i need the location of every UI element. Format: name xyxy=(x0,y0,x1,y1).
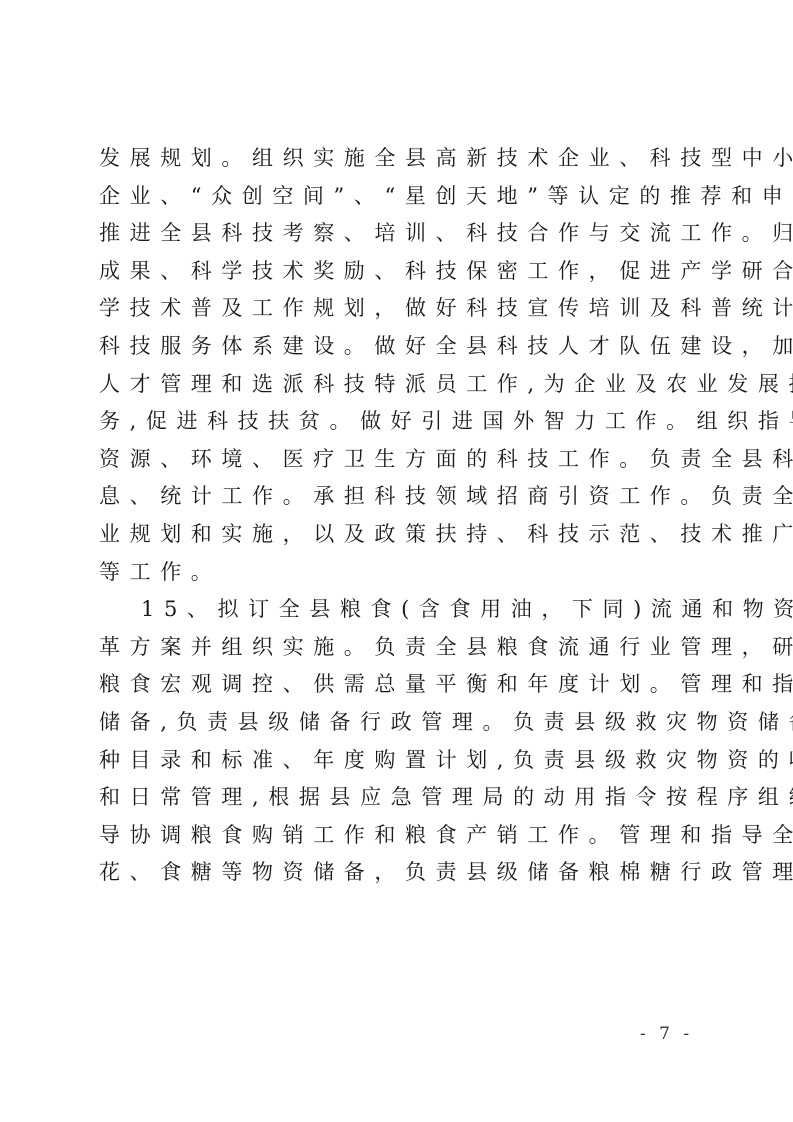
text-line: 业规划和实施，以及政策扶持、科技示范、技术推广、市场开发 xyxy=(99,516,699,554)
text-line: 推进全县科技考察、培训、科技合作与交流工作。归口管理科技 xyxy=(99,215,699,253)
text-line: 等工作。 xyxy=(99,554,699,592)
text-line: 人才管理和选派科技特派员工作,为企业及农业发展提供技术服 xyxy=(99,366,699,404)
text-line: 花、食糖等物资储备，负责县级储备粮棉糖行政管理。 xyxy=(99,854,699,892)
page-number: - 7 - xyxy=(640,1024,693,1044)
text-line: 成果、科学技术奖励、科技保密工作，促进产学研合作。制定科 xyxy=(99,253,699,291)
text-line: 发展规划。组织实施全县高新技术企业、科技型中小企业、瞪羚 xyxy=(99,140,699,178)
text-line: 企业、“众创空间”、“星创天地”等认定的推荐和申报。协调 xyxy=(99,178,699,216)
text-line: 科技服务体系建设。做好全县科技人才队伍建设，加强“三区” xyxy=(99,328,699,366)
text-line: 革方案并组织实施。负责全县粮食流通行业管理，研究提出全县 xyxy=(99,629,699,667)
paragraph-1: 发展规划。组织实施全县高新技术企业、科技型中小企业、瞪羚 企业、“众创空间”、“… xyxy=(99,140,699,591)
document-page: 发展规划。组织实施全县高新技术企业、科技型中小企业、瞪羚 企业、“众创空间”、“… xyxy=(0,0,793,1122)
text-line: 资源、环境、医疗卫生方面的科技工作。负责全县科技宣传、信 xyxy=(99,441,699,479)
text-line: 种目录和标准、年度购置计划,负责县级救灾物资的收储、轮换 xyxy=(99,742,699,780)
text-line: 和日常管理,根据县应急管理局的动用指令按程序组织调出。指 xyxy=(99,779,699,817)
text-line: 储备,负责县级储备行政管理。负责县级救灾物资储备规划、品 xyxy=(99,704,699,742)
text-line: 息、统计工作。承担科技领域招商引资工作。负责全县中药材产 xyxy=(99,478,699,516)
text-line: 务,促进科技扶贫。做好引进国外智力工作。组织指导涉及人口、 xyxy=(99,403,699,441)
paragraph-item-15: 15、拟订全县粮食(含食用油，下同)流通和物资储备体制改 革方案并组织实施。负责… xyxy=(99,591,699,892)
text-line: 粮食宏观调控、供需总量平衡和年度计划。管理和指导全县物资 xyxy=(99,666,699,704)
text-line: 学技术普及工作规划，做好科技宣传培训及科普统计工作，推进 xyxy=(99,290,699,328)
text-line: 15、拟订全县粮食(含食用油，下同)流通和物资储备体制改 xyxy=(99,591,699,629)
text-line: 导协调粮食购销工作和粮食产销工作。管理和指导全县粮食、棉 xyxy=(99,817,699,855)
document-body: 发展规划。组织实施全县高新技术企业、科技型中小企业、瞪羚 企业、“众创空间”、“… xyxy=(99,140,699,892)
